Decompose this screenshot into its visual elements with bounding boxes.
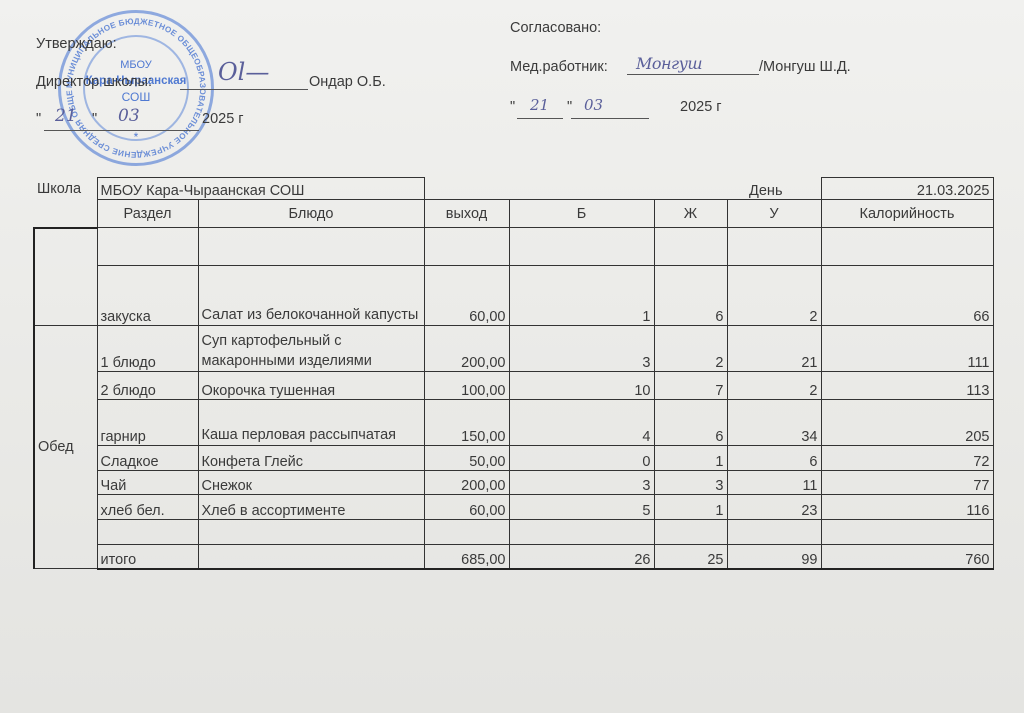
table-row: Обед 1 блюдо Суп картофельный с макаронн… (34, 326, 993, 372)
row-output: 50,00 (424, 446, 509, 471)
row-output: 200,00 (424, 326, 509, 372)
row-calories: 66 (821, 266, 993, 326)
row-output: 150,00 (424, 400, 509, 446)
menu-table: Школа МБОУ Кара-Чыраанская СОШ День 21.0… (33, 177, 994, 570)
agreement-month-line (571, 118, 649, 119)
row-carbs: 34 (727, 400, 821, 446)
agreement-date-year: 2025 г (680, 99, 722, 115)
director-signature: Ol— (218, 58, 269, 86)
approved-label: Утверждаю: (36, 36, 117, 52)
row-fat: 6 (654, 400, 727, 446)
row-output: 60,00 (424, 495, 509, 520)
stamp-star-icon: * (61, 131, 211, 144)
col-dish: Блюдо (198, 200, 424, 228)
row-section: 1 блюдо (97, 326, 198, 372)
row-output: 60,00 (424, 266, 509, 326)
school-label: Школа (34, 178, 97, 200)
agreement-date-quote-open: " (510, 99, 515, 115)
row-fat: 1 (654, 446, 727, 471)
medic-name: /Монгуш Ш.Д. (759, 59, 851, 75)
row-section: Чай (97, 471, 198, 495)
total-calories: 760 (821, 545, 993, 569)
row-section: закуска (97, 266, 198, 326)
row-calories: 111 (821, 326, 993, 372)
row-calories: 77 (821, 471, 993, 495)
row-section: хлеб бел. (97, 495, 198, 520)
total-label: итого (97, 545, 198, 569)
row-fat: 1 (654, 495, 727, 520)
table-row (34, 520, 993, 545)
row-dish: Конфета Глейс (198, 446, 424, 471)
row-carbs: 2 (727, 266, 821, 326)
row-dish: Снежок (198, 471, 424, 495)
stamp-line-3: СОШ (61, 91, 211, 104)
row-dish: Хлеб в ассортименте (198, 495, 424, 520)
row-section: гарнир (97, 400, 198, 446)
total-fat: 25 (654, 545, 727, 569)
approval-date-quote-close: " (92, 111, 97, 127)
meal-label: Обед (34, 326, 97, 569)
row-calories: 72 (821, 446, 993, 471)
row-protein: 3 (509, 326, 654, 372)
total-carbs: 99 (727, 545, 821, 569)
row-protein: 1 (509, 266, 654, 326)
row-fat: 6 (654, 266, 727, 326)
row-protein: 10 (509, 372, 654, 400)
row-output: 100,00 (424, 372, 509, 400)
row-protein: 3 (509, 471, 654, 495)
stamp-line-1: МБОУ (61, 59, 211, 72)
row-calories: 205 (821, 400, 993, 446)
table-row: хлеб бел. Хлеб в ассортименте 60,00 5 1 … (34, 495, 993, 520)
col-section: Раздел (97, 200, 198, 228)
row-dish: Суп картофельный с макаронными изделиями (198, 326, 424, 372)
medic-signature-line (627, 74, 759, 75)
table-row (34, 228, 993, 266)
row-carbs: 11 (727, 471, 821, 495)
approval-date-day: 21 (55, 106, 77, 126)
agreement-date-month: 03 (584, 96, 603, 114)
row-carbs: 6 (727, 446, 821, 471)
total-row: итого 685,00 26 25 99 760 (34, 545, 993, 569)
table-row: Сладкое Конфета Глейс 50,00 0 1 6 72 (34, 446, 993, 471)
agreement-date-quote-close: " (567, 99, 572, 115)
col-protein: Б (509, 200, 654, 228)
row-carbs: 2 (727, 372, 821, 400)
row-section: 2 блюдо (97, 372, 198, 400)
approval-date-year: 2025 г (202, 111, 244, 127)
approval-date-line (44, 130, 199, 131)
medic-signature: Монгуш (636, 54, 702, 73)
agreement-day-line (517, 118, 563, 119)
day-value: 21.03.2025 (821, 178, 993, 200)
col-output: выход (424, 200, 509, 228)
medic-label: Мед.работник: (510, 59, 608, 75)
row-calories: 113 (821, 372, 993, 400)
col-carbs: У (727, 200, 821, 228)
column-header-row: Раздел Блюдо выход Б Ж У Калорийность (34, 200, 993, 228)
row-fat: 3 (654, 471, 727, 495)
table-row: гарнир Каша перловая рассыпчатая 150,00 … (34, 400, 993, 446)
table-row: 2 блюдо Окорочка тушенная 100,00 10 7 2 … (34, 372, 993, 400)
row-carbs: 21 (727, 326, 821, 372)
col-fat: Ж (654, 200, 727, 228)
table-row: Чай Снежок 200,00 3 3 11 77 (34, 471, 993, 495)
agreed-label: Согласовано: (510, 20, 601, 36)
row-dish: Каша перловая рассыпчатая (198, 400, 424, 446)
total-protein: 26 (509, 545, 654, 569)
director-name: Ондар О.Б. (309, 74, 386, 90)
row-dish: Салат из белокочанной капусты (198, 266, 424, 326)
row-protein: 4 (509, 400, 654, 446)
table-row: закуска Салат из белокочанной капусты 60… (34, 266, 993, 326)
row-section: Сладкое (97, 446, 198, 471)
row-fat: 7 (654, 372, 727, 400)
approval-date-quote-open: " (36, 111, 41, 127)
row-fat: 2 (654, 326, 727, 372)
row-protein: 5 (509, 495, 654, 520)
approval-date-month: 03 (118, 106, 140, 126)
header-row-school: Школа МБОУ Кара-Чыраанская СОШ День 21.0… (34, 178, 993, 200)
agreement-date-day: 21 (530, 96, 549, 114)
school-name: МБОУ Кара-Чыраанская СОШ (97, 178, 424, 200)
col-calories: Калорийность (821, 200, 993, 228)
row-carbs: 23 (727, 495, 821, 520)
row-calories: 116 (821, 495, 993, 520)
director-signature-line (180, 89, 308, 90)
director-label: Директор школы: (36, 74, 152, 90)
total-output: 685,00 (424, 545, 509, 569)
day-label: День (654, 178, 821, 200)
row-dish: Окорочка тушенная (198, 372, 424, 400)
row-protein: 0 (509, 446, 654, 471)
row-output: 200,00 (424, 471, 509, 495)
